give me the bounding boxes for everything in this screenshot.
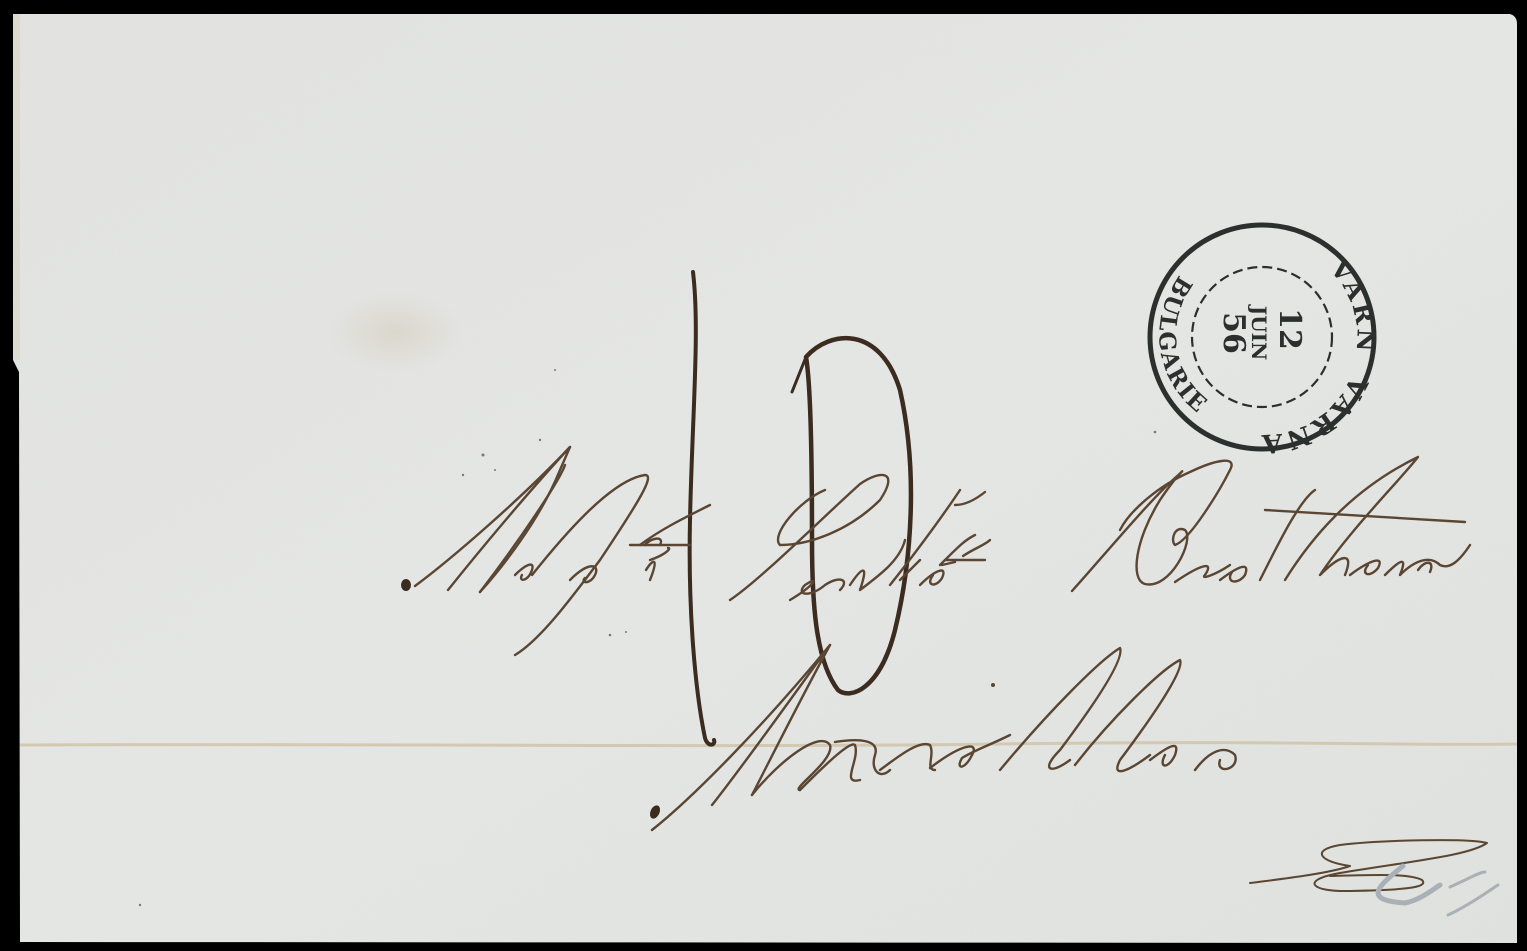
postmark-day: 12 [1272, 308, 1307, 350]
paper-sheet [13, 14, 1517, 943]
cover-illustration: VARNA VARNA BULGARIE 12 JUIN 56 [0, 0, 1527, 951]
postmark-year: 56 [1216, 312, 1251, 354]
cover-scan: VARNA VARNA BULGARIE 12 JUIN 56 [0, 0, 1527, 951]
stain [325, 290, 465, 374]
